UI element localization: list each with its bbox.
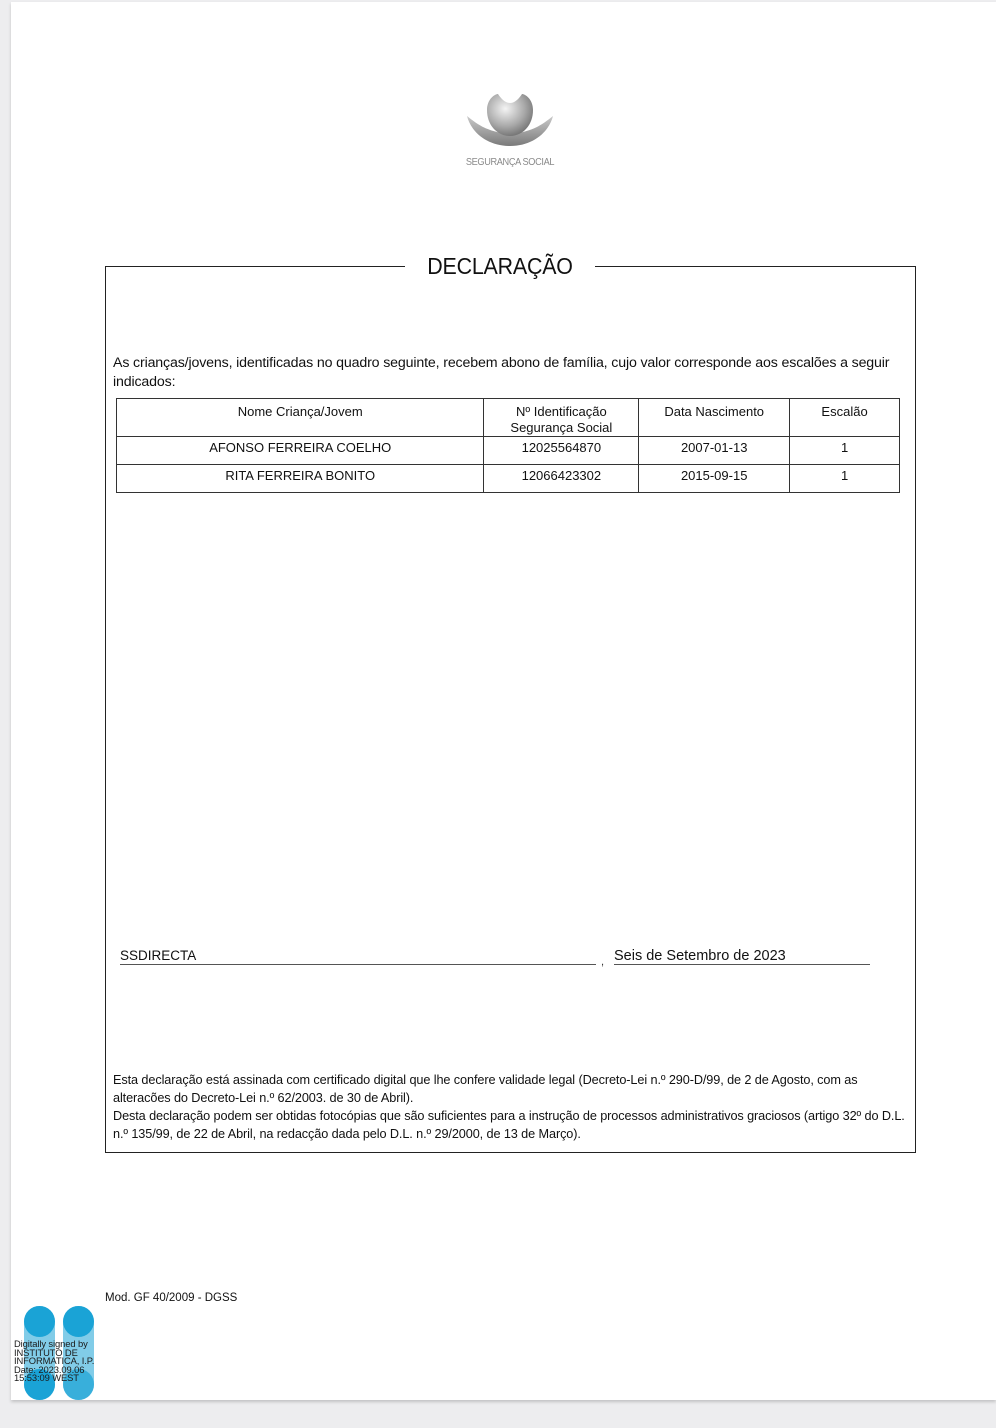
cell-bracket: 1 [790, 437, 900, 465]
header-id-line1: Nº Identificação [484, 404, 638, 420]
legal-notes: Esta declaração está assinada com certif… [113, 1071, 913, 1143]
cell-name: RITA FERREIRA BONITO [117, 465, 484, 493]
document-page: SEGURANÇA SOCIAL DECLARAÇÃO As crianças/… [11, 2, 996, 1400]
issue-date: Seis de Setembro de 2023 [614, 948, 870, 965]
document-viewer: SEGURANÇA SOCIAL DECLARAÇÃO As crianças/… [0, 0, 996, 1428]
form-model-code: Mod. GF 40/2009 - DGSS [105, 1292, 237, 1304]
legal-note-photocopies: Desta declaração podem ser obtidas fotoc… [113, 1107, 913, 1143]
document-title: DECLARAÇÃO [412, 253, 589, 280]
table-row: AFONSO FERREIRA COELHO 12025564870 2007-… [117, 437, 900, 465]
place-date-separator: , [601, 956, 604, 968]
seguranca-social-logo-icon [465, 94, 555, 154]
header-birth: Data Nascimento [639, 399, 790, 437]
intro-paragraph: As crianças/jovens, identificadas no qua… [113, 354, 913, 392]
cell-birth: 2015-09-15 [639, 465, 790, 493]
header-bracket: Escalão [790, 399, 900, 437]
cell-birth: 2007-01-13 [639, 437, 790, 465]
children-table: Nome Criança/Jovem Nº Identificação Segu… [116, 398, 900, 493]
signature-text: Digitally signed by INSTITUTO DE INFORMA… [14, 1340, 94, 1383]
digital-signature-stamp[interactable]: Digitally signed by INSTITUTO DE INFORMA… [12, 1304, 102, 1400]
header-id-line2: Segurança Social [484, 420, 638, 436]
cell-bracket: 1 [790, 465, 900, 493]
legal-note-signature: Esta declaração está assinada com certif… [113, 1071, 913, 1107]
cell-id: 12066423302 [484, 465, 639, 493]
cell-name: AFONSO FERREIRA COELHO [117, 437, 484, 465]
header-name: Nome Criança/Jovem [117, 399, 484, 437]
cell-id: 12025564870 [484, 437, 639, 465]
header-id: Nº Identificação Segurança Social [484, 399, 639, 437]
seguranca-social-logo: SEGURANÇA SOCIAL [445, 94, 575, 174]
table-row: RITA FERREIRA BONITO 12066423302 2015-09… [117, 465, 900, 493]
logo-text: SEGURANÇA SOCIAL [450, 157, 570, 168]
issuing-place: SSDIRECTA [120, 948, 596, 965]
table-header-row: Nome Criança/Jovem Nº Identificação Segu… [117, 399, 900, 437]
signature-line: 15:53:09 WEST [14, 1374, 94, 1383]
